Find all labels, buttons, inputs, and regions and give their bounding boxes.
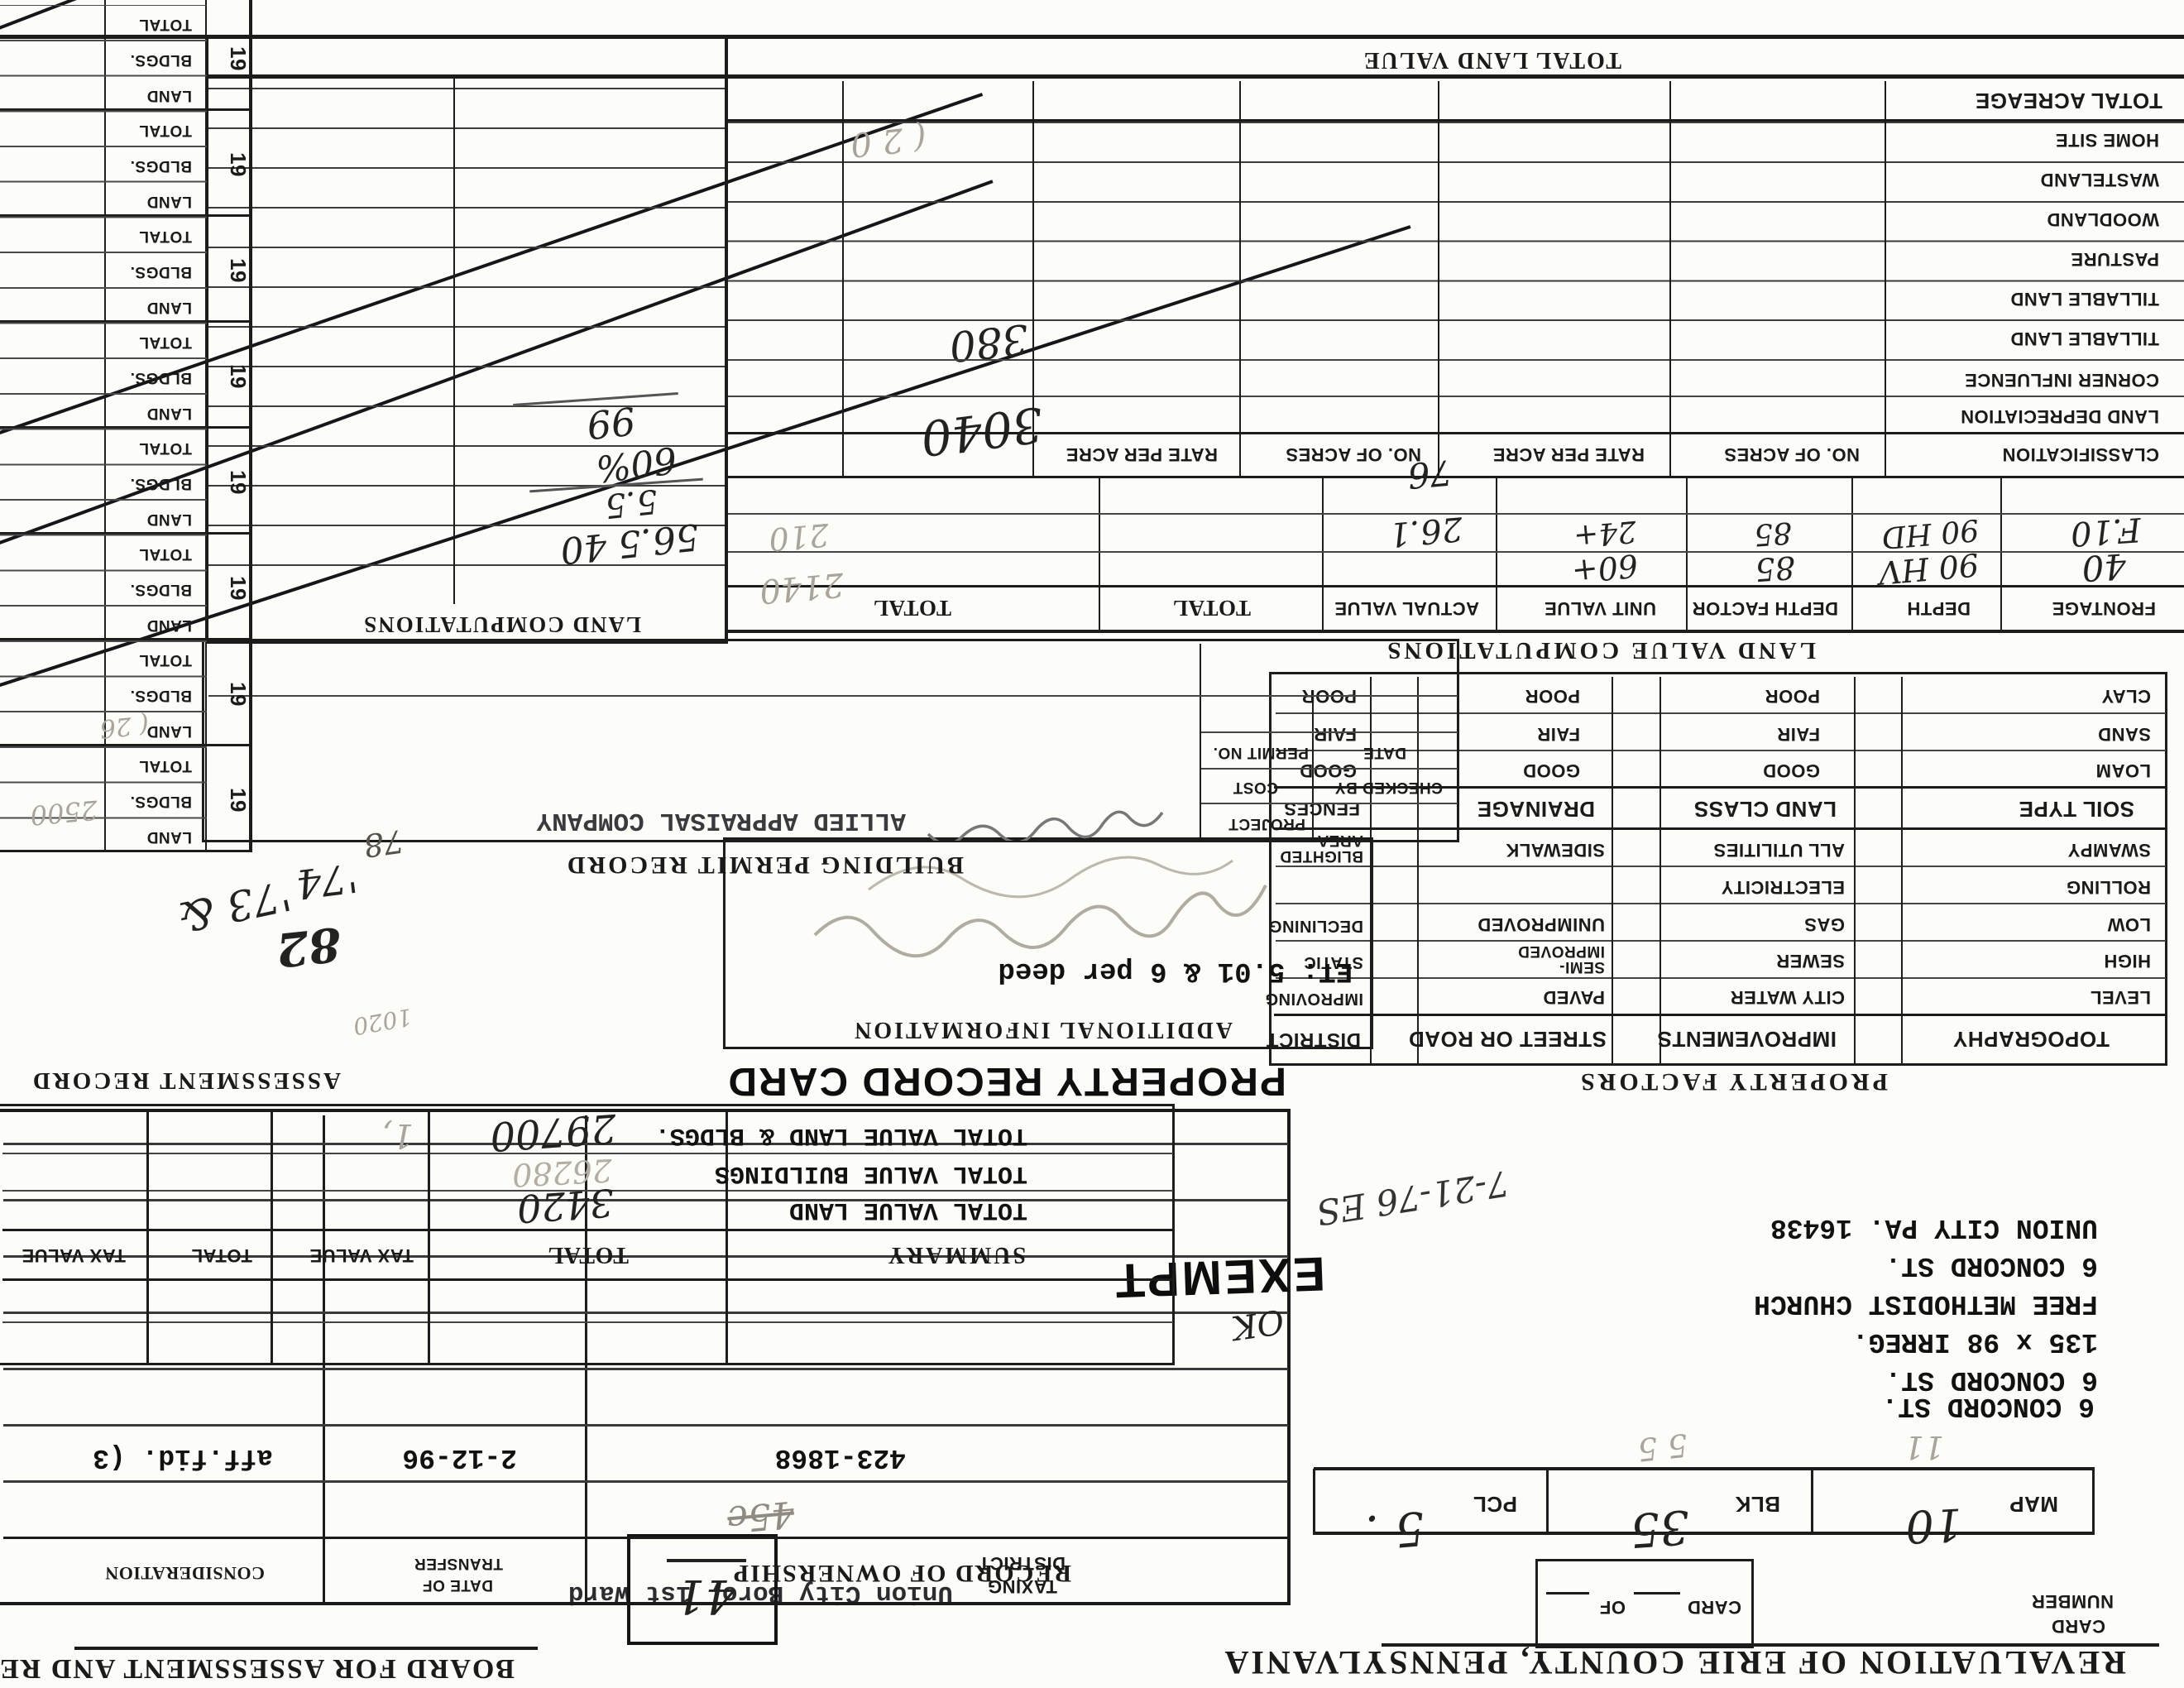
permit-no-label: PERMIT NO. [1213, 743, 1309, 761]
summary-col-total-1: TOTAL [548, 1241, 629, 1268]
assessment-label-land: LAND [146, 616, 192, 634]
owner-line-5: UNION CITY PA. 16438 [1770, 1211, 2098, 1244]
rule [728, 396, 2184, 397]
assessment-label-land: LAND [146, 86, 192, 104]
factor-cell: SWAMPY [2067, 840, 2151, 861]
summary-row1-label: TOTAL VALUE LAND [789, 1194, 1027, 1225]
ownership-entry-name: 423-1868 [775, 1441, 906, 1475]
permit-date-label: DATE [1363, 743, 1406, 761]
rule [1276, 866, 2166, 867]
rule [2092, 1469, 2095, 1535]
assessment-label-total: TOTAL [139, 756, 192, 774]
rule [728, 119, 2184, 122]
land-comp-note-2: 5.5 [603, 484, 659, 522]
owner-ok-note: OK [1230, 1304, 1286, 1344]
factor-cell: LEVEL [2091, 987, 2151, 1008]
rule [146, 1109, 149, 1365]
card-of-of-label: OF [1599, 1597, 1626, 1618]
permit-cost-label: COST [1233, 778, 1278, 796]
rule [1496, 476, 1497, 633]
assessment-label-bldgs: BLDGS. [130, 368, 192, 386]
rule [1851, 476, 1853, 633]
comp-header-actual-value: ACTUAL VALUE [1334, 598, 1479, 619]
blk-label: BLK [1735, 1491, 1780, 1516]
rule [1885, 81, 1886, 478]
ownership-entry-consideration: aff.fid. (3 [93, 1441, 273, 1475]
comp-r2-factor: 85 [1753, 516, 1793, 549]
rule [1032, 81, 1034, 478]
comp-header-depth-factor: DEPTH FACTOR [1692, 598, 1838, 619]
classification-row-rules [728, 122, 2184, 359]
rule [1274, 1014, 2167, 1016]
factor-cell: SEMI- IMPROVED [1506, 943, 1605, 975]
pcl-label: PCL [1473, 1491, 1518, 1516]
summary-row3-tax-faint: 1, [382, 1119, 414, 1152]
rule [428, 1109, 430, 1365]
soil-cell: POOR [1765, 686, 1820, 707]
comp-r1-frontage: 40 [2081, 548, 2127, 586]
soil-cell: FAIR [1777, 724, 1820, 745]
rule [1314, 1467, 2095, 1470]
ownership-entry-date: 2-12-96 [402, 1441, 517, 1475]
rule [1201, 803, 1458, 804]
rule [0, 35, 2184, 39]
year-74-note: '74 [294, 857, 360, 904]
assessment-pencil-1: 2500 [29, 797, 98, 829]
permit-cursive-scrawl [906, 801, 1171, 841]
rule [74, 1647, 538, 1650]
corner-influence-row: CORNER INFLUENCE [1965, 370, 2159, 391]
ownership-scribble: 45c [726, 1495, 796, 1537]
assessment-label-total: TOTAL [139, 121, 192, 139]
land-comp-note-3: 60% [594, 440, 678, 487]
soil-cell: FAIR [1537, 724, 1580, 745]
card-of-blank-1 [1634, 1592, 1680, 1594]
rule [453, 79, 455, 604]
rule [725, 37, 728, 644]
rule [208, 695, 1458, 697]
owner-line-4: 6 CONCORD ST. [1885, 1249, 2098, 1283]
comp-r2-actual: 26.1 [1387, 511, 1463, 551]
rule [1854, 677, 1856, 1066]
comp-r2-depth: 90 HD [1880, 514, 1980, 552]
permit-checked-by-label: CHECKED BY [1334, 778, 1443, 796]
assessment-year: 19 [225, 258, 250, 283]
summary-row2-value-faint: 26280 [511, 1154, 613, 1191]
factor-cell: CITY WATER [1730, 987, 1845, 1008]
owner-line-3: FREE METHODIST CHURCH [1754, 1287, 2098, 1321]
class-row: HOME SITE [2055, 130, 2159, 151]
permit-project-label: PROJECT [1228, 814, 1305, 832]
comp-header-unit-value: UNIT VALUE [1545, 598, 1656, 619]
rule [1901, 677, 1903, 1066]
rule [1612, 677, 1613, 1066]
rule [1686, 476, 1688, 633]
comp-r1-depth: 90 HV [1878, 549, 1980, 588]
building-permit-title: BUILDING PERMIT RECORD [565, 851, 964, 880]
rule [728, 585, 2184, 587]
rule [1669, 81, 1671, 478]
rule [1660, 677, 1661, 1066]
comp-r2-frontage: F.10 [2070, 512, 2143, 550]
rule [1382, 1643, 2159, 1647]
permit-company: ALLIED APPRAISAL COMPANY [537, 803, 906, 836]
rule [2, 1321, 1173, 1323]
assessment-year: 19 [225, 364, 250, 389]
factor-cell: HIGH [2104, 951, 2151, 971]
comp-r1-total-faint: 2140 [759, 568, 845, 608]
rule [2, 1229, 1175, 1231]
comp-header-depth: DEPTH [1907, 598, 1971, 619]
assessment-label-land: LAND [146, 510, 192, 528]
rate-per-acre-header-1: RATE PER ACRE [1492, 444, 1645, 465]
soil-cell: POOR [1525, 686, 1580, 707]
assessment-label-total: TOTAL [139, 15, 192, 33]
rule [1200, 644, 1201, 842]
revaluation-title: REVALUATION OF ERIE COUNTY, PENNSYLVANIA [1223, 1643, 2126, 1681]
comp-r1-factor: 85 [1754, 551, 1796, 585]
assessment-year: 19 [225, 576, 250, 601]
summary-row2-label: TOTAL VALUE BUILDINGS [715, 1158, 1027, 1189]
no-of-acres-header-1: NO. OF ACRES [1724, 444, 1860, 465]
summary-header: SUMMARY [886, 1241, 1026, 1268]
owner-date-note: 7-21-76 ES [1314, 1165, 1511, 1230]
rule [1201, 731, 1458, 733]
summary-col-tax-1: TAX VALUE [309, 1245, 414, 1266]
rule [205, 641, 728, 644]
factor-cell: ELECTRICITY [1721, 877, 1845, 898]
rule [271, 1109, 273, 1365]
soil-cell: CLAY [2101, 686, 2151, 707]
rule [1201, 768, 1458, 770]
factor-cell: ROLLING [2067, 877, 2152, 898]
year-82-note: 82 [274, 920, 342, 973]
assessment-year: 19 [225, 682, 250, 707]
soil-cell: LOAM [2095, 760, 2151, 781]
assessment-label-total: TOTAL [139, 544, 192, 563]
factors-header-improvements: IMPROVEMENTS [1657, 1026, 1837, 1051]
board-title: BOARD FOR ASSESSMENT AND REVISION OF TAX… [0, 1652, 515, 1685]
rule [728, 630, 2184, 633]
pcl-pencil-note: 5 5 [1636, 1429, 1689, 1465]
additional-information-label: ADDITIONAL INFORMATION [852, 1016, 1233, 1043]
assessment-label-bldgs: BLDGS. [130, 156, 192, 175]
assessment-label-bldgs: BLDGS. [130, 580, 192, 598]
rule [1811, 1469, 1813, 1535]
soil-header-type: SOIL TYPE [2019, 796, 2134, 821]
rule [728, 359, 2184, 361]
assessment-label-bldgs: BLDGS. [130, 686, 192, 704]
factors-header-street: STREET OR ROAD [1408, 1026, 1607, 1051]
rule [3, 1537, 1291, 1539]
summary-row3-label: TOTAL VALUE LAND & BLDGS. [655, 1120, 1027, 1151]
assessment-label-land: LAND [146, 192, 192, 210]
no-of-acres-header-2: NO. OF ACRES [1286, 444, 1421, 465]
pencil-1020-note: 1020 [352, 1005, 414, 1038]
comp-header-frontage: FRONTAGE [2052, 598, 2156, 619]
soil-header-class: LAND CLASS [1693, 796, 1837, 821]
assessment-label-total: TOTAL [139, 439, 192, 457]
map-label: MAP [2009, 1491, 2058, 1516]
date-of-transfer-label-1: DATE OF [423, 1575, 493, 1594]
rule [1239, 81, 1241, 478]
document-rotated-180: REVALUATION OF ERIE COUNTY, PENNSYLVANIA… [0, 0, 2184, 1688]
assessment-label-bldgs: BLDGS. [130, 474, 192, 492]
assessment-label-total: TOTAL [139, 333, 192, 351]
assessment-label-land: LAND [146, 827, 192, 846]
comp-header-total-1: TOTAL [1172, 595, 1251, 621]
assessment-label-land: LAND [146, 722, 192, 740]
scanned-property-record-card: REVALUATION OF ERIE COUNTY, PENNSYLVANIA… [0, 0, 2184, 1688]
card-number-label-2: NUMBER [2031, 1591, 2114, 1612]
comp-header-total-2: TOTAL [873, 595, 951, 621]
assessment-label-total: TOTAL [139, 650, 192, 669]
card-of-card-label: CARD [1687, 1597, 1741, 1618]
assessment-label-land: LAND [146, 404, 192, 422]
rule [728, 476, 2184, 478]
total-land-value-faint: ( 2 0 [849, 120, 928, 161]
card-of-blank-2 [1546, 1592, 1589, 1594]
assessment-record-title: ASSESSMENT RECORD [31, 1067, 341, 1094]
rule [1276, 903, 2166, 904]
class-row: TILLABLE LAND [2010, 328, 2159, 349]
summary-col-total-2: TOTAL [191, 1245, 252, 1266]
rule [728, 432, 2184, 434]
consideration-label: CONSIDERATION [105, 1563, 265, 1584]
rule [2, 1278, 1175, 1281]
owner-line-2: 135 x 98 IRREG. [1852, 1325, 2098, 1359]
comp-r1-unit: 60+ [1570, 549, 1640, 587]
factor-cell: ALL UTILITIES [1713, 840, 1845, 861]
assessment-pencil-2: ( 26 [98, 711, 150, 741]
rule [2000, 476, 2002, 633]
factor-cell: SIDEWALK [1506, 840, 1605, 861]
rule [1276, 977, 2166, 979]
date-of-transfer-label-2: TRANSFER [414, 1554, 503, 1572]
factor-cell: LOW [2107, 914, 2151, 935]
land-comp-note-4: 99 [585, 401, 637, 444]
rule [1438, 81, 1439, 478]
assessment-label-bldgs: BLDGS. [130, 792, 192, 810]
assessment-label-bldgs: BLDGS. [130, 262, 192, 281]
year-78-note: 78 [362, 825, 405, 861]
land-depreciation-row: LAND DEPRECIATION [1961, 406, 2159, 427]
assessment-label-land: LAND [146, 298, 192, 316]
factor-cell: SEWER [1776, 951, 1845, 971]
owner-line-1: 6 CONCORD ST. [1885, 1363, 2098, 1397]
card-number-label-1: CARD [2051, 1616, 2105, 1637]
soil-cell: SAND [2098, 724, 2151, 745]
classification-header: CLASSIFICATION [2002, 444, 2159, 465]
map-value: 10 [1904, 1501, 1963, 1549]
property-factors-title: PROPERTY FACTORS [1578, 1067, 1888, 1096]
land-computations-title: LAND COMPUTATIONS [362, 611, 641, 637]
assessment-label-total: TOTAL [139, 227, 192, 245]
class-row: PASTURE [2071, 249, 2159, 270]
summary-col-tax-2: TAX VALUE [22, 1245, 126, 1266]
comp-r2-total-faint: 210 [768, 519, 831, 555]
rule [1546, 1469, 1549, 1535]
total-land-value-row: TOTAL LAND VALUE [1363, 46, 1621, 73]
land-value-computations-title: LAND VALUE COMPUTATIONS [1384, 636, 1816, 664]
rule [1314, 1532, 2095, 1535]
rate-per-acre-header-2: RATE PER ACRE [1066, 444, 1218, 465]
rule [842, 81, 844, 478]
ownership-title: RECORD OF OWNERSHIP [732, 1559, 1071, 1588]
soil-cell: GOOD [1523, 760, 1580, 781]
rule [1276, 940, 2166, 942]
blk-value: 35 [1629, 1503, 1691, 1553]
factor-cell: GAS [1804, 914, 1845, 935]
card-of-box: CARD OF [1535, 1559, 1754, 1648]
class-row: TILLABLE LAND [2010, 289, 2159, 309]
pcl-value: 5 . [1363, 1503, 1426, 1555]
comp-r2-unit: 24+ [1573, 516, 1638, 550]
assessment-year: 19 [225, 152, 250, 177]
class-row: WASTELAND [2040, 170, 2159, 190]
assessment-year: 19 [225, 46, 250, 71]
assessment-year: 19 [225, 788, 250, 813]
map-pencil-note: 11 [1904, 1431, 1944, 1463]
rule [1313, 1469, 1315, 1535]
soil-header-drainage: DRAINAGE [1477, 796, 1595, 821]
summary-row3-value: 29700 [489, 1108, 618, 1157]
total-acreage-row: TOTAL ACREAGE [1975, 88, 2162, 113]
assessment-label-bldgs: BLDGS. [130, 50, 192, 69]
property-record-card-title: PROPERTY RECORD CARD [726, 1061, 1286, 1101]
factors-header-topography: TOPOGRAPHY [1953, 1026, 2110, 1051]
class-row: WOODLAND [2047, 209, 2159, 230]
soil-cell: GOOD [1763, 760, 1820, 781]
factor-cell: PAVED [1543, 987, 1605, 1008]
assessment-year: 19 [225, 470, 250, 495]
factor-cell: UNIMPROVED [1478, 914, 1605, 935]
